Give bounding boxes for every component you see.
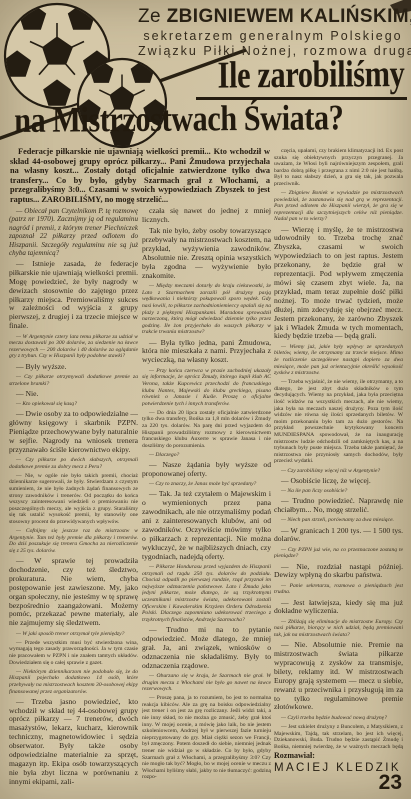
- interview-answer: — Nie.: [9, 390, 138, 399]
- interview-answer: — Istnieje zasada, że federacje piłkarsk…: [9, 260, 138, 331]
- interview-question: — Dlaczego?: [142, 452, 271, 459]
- interview-answer: częcia, upałami, czy brakiem klimatyzacj…: [274, 148, 403, 188]
- interview-question: — W jaki sposób trener otrzymał tyle pie…: [9, 631, 138, 638]
- kicker-prefix: Ze: [138, 6, 161, 27]
- interview-question: — W Argentynie cztery lata temu piłkarze…: [9, 334, 138, 360]
- interview-answer: — W sprawie tej prowadziła dochodzenie, …: [9, 557, 138, 628]
- interview-answer: — Proszę pana, ja to rozumiem, bo jest t…: [142, 695, 271, 781]
- interview-answer: — Tak. Ja też czytałem o Majewskim i o w…: [142, 490, 271, 561]
- interview-answer: — Nie. Absolutnie nie. Premie na mistrzo…: [274, 641, 403, 712]
- interview-answer: — Osobiście liczę, że więcej.: [274, 477, 403, 486]
- column-2: czała się nawet do jednej z mniej liczny…: [142, 207, 271, 795]
- headline-line-1: Ile zarobiliśmy: [218, 52, 405, 98]
- interview-answer: czała się nawet do jednej z mniej liczny…: [142, 207, 271, 225]
- interview-answer: — Trzeba wyjaśnić, że nie wiemy, ile otr…: [274, 379, 403, 465]
- interview-answer: — Trudno powiedzieć. Naprawdę nie chciał…: [274, 497, 403, 515]
- interview-question: — Czyli trzeba będzie budować nową druży…: [274, 715, 403, 722]
- headline-line-2: na Mistrzostwach Świata?: [14, 96, 343, 141]
- interview-question: — Oburzano się w kraju, że Szarmach nie …: [142, 673, 271, 693]
- interview-question: — Obiecał pan Czytelnikom P. tę rozmowę …: [9, 207, 138, 257]
- interview-question: — Czy piłkarze otrzymywali dodatkowe pre…: [9, 374, 138, 387]
- interview-answer: — Wierzę i myślę, że te mistrzostwa udow…: [274, 226, 403, 342]
- interview-question: — Przy końcu czerwca w prasie zachodniej…: [142, 368, 271, 408]
- interview-question: — Zbliżają się eliminacje do mistrzostw …: [274, 619, 403, 639]
- interview-answer: — Nasze żądania były wyższe od proponowa…: [142, 461, 271, 479]
- interview-answer: — Jest łatwiejsza, kiedy się ma już dokł…: [274, 599, 403, 617]
- page-number: 23: [379, 771, 402, 795]
- interview-question: — Czy to znaczy, że Janas może być sprze…: [142, 481, 271, 488]
- interview-answer: — Były wyższe.: [9, 363, 138, 372]
- interview-answer: — Trudno mi na to pytanie odpowiedzieć. …: [142, 626, 271, 671]
- column-3: częcia, upałami, czy brakiem klimatyzacj…: [274, 148, 403, 750]
- article-kicker: Ze ZBIGNIEWEM KALIŃSKIM, sekretarzem gen…: [138, 6, 408, 58]
- interview-question: — Wiemy już, jakie były wpływy ze sprzed…: [274, 344, 403, 377]
- interview-answer: — Trzeba jasno powiedzieć, kto wchodził …: [9, 698, 138, 787]
- interview-answer: — Do dnia 20 lipca zostały oficjalnie za…: [142, 410, 271, 450]
- interview-question: — Piłkarze Hondurasu przed wyjazdem do H…: [142, 564, 271, 623]
- kicker-subtitle-1: sekretarzem generalnym Polskiego: [138, 29, 408, 43]
- interview-question: — Panie sekretarzu, rozmowa o pieniądzac…: [274, 583, 403, 596]
- interview-question: — Kto opiekował się kasą?: [9, 401, 138, 408]
- interview-question: — Zbigniew Boniek w wywiadzie po mistrzo…: [274, 190, 403, 223]
- kicker-line-1: Ze ZBIGNIEWEM KALIŃSKIM,: [138, 6, 408, 28]
- interview-answer: — W granicach 1 200 tys. — 1 500 tys. do…: [274, 527, 403, 545]
- column-1: — Obiecał pan Czytelnikom P. tę rozmowę …: [9, 207, 138, 795]
- byline-label: Rozmawiał:: [274, 751, 405, 760]
- interview-question: — Na ile pan liczy osobiście?: [274, 488, 403, 495]
- newspaper-page: Ze ZBIGNIEWEM KALIŃSKIM, sekretarzem gen…: [0, 0, 411, 799]
- interviewee-name: ZBIGNIEWEM KALIŃSKIM,: [167, 6, 411, 27]
- interview-question: — Między meczami dotarły do kraju ciekaw…: [142, 283, 271, 336]
- interview-answer: — Była tylko jedna, pani Żmudowa, która …: [142, 339, 271, 366]
- interview-question: — Niektórym dziennikarzom nie podobało s…: [9, 669, 138, 695]
- interview-question: — Czy piłkarze po dwóch słabszych, otrzy…: [9, 457, 138, 470]
- soccer-ball-large: [4, 4, 110, 108]
- interview-answer: — Jest szkielet drużyny z Buncolem, z Ma…: [274, 724, 403, 750]
- interview-answer: — Nie, w ogóle nie było takich premii, c…: [9, 473, 138, 526]
- interview-question: — Czy zarobiliśmy więcej niż w Argentyni…: [274, 468, 403, 475]
- interview-answer: — Dwie osoby za to odpowiedzialne — głów…: [9, 410, 138, 455]
- interview-question: — Niech pan strzeli, porównamy za dwa mi…: [274, 517, 403, 524]
- interview-question: — Cofnijmy się jeszcze raz do mistrzostw…: [9, 528, 138, 554]
- interview-answer: — Nie, rozdział nastąpi później. Dewizy …: [274, 563, 403, 581]
- interview-question: — Czy PZPN już wie, na co przeznaczone z…: [274, 547, 403, 560]
- lead-paragraph: Federacje piłkarskie nie ujawniają wielk…: [10, 147, 270, 205]
- interview-answer: Tak nie było, żeby osoby towarzyszące pr…: [142, 227, 271, 280]
- interview-answer: — Przede wszystkim musi być stwierdzona …: [9, 640, 138, 666]
